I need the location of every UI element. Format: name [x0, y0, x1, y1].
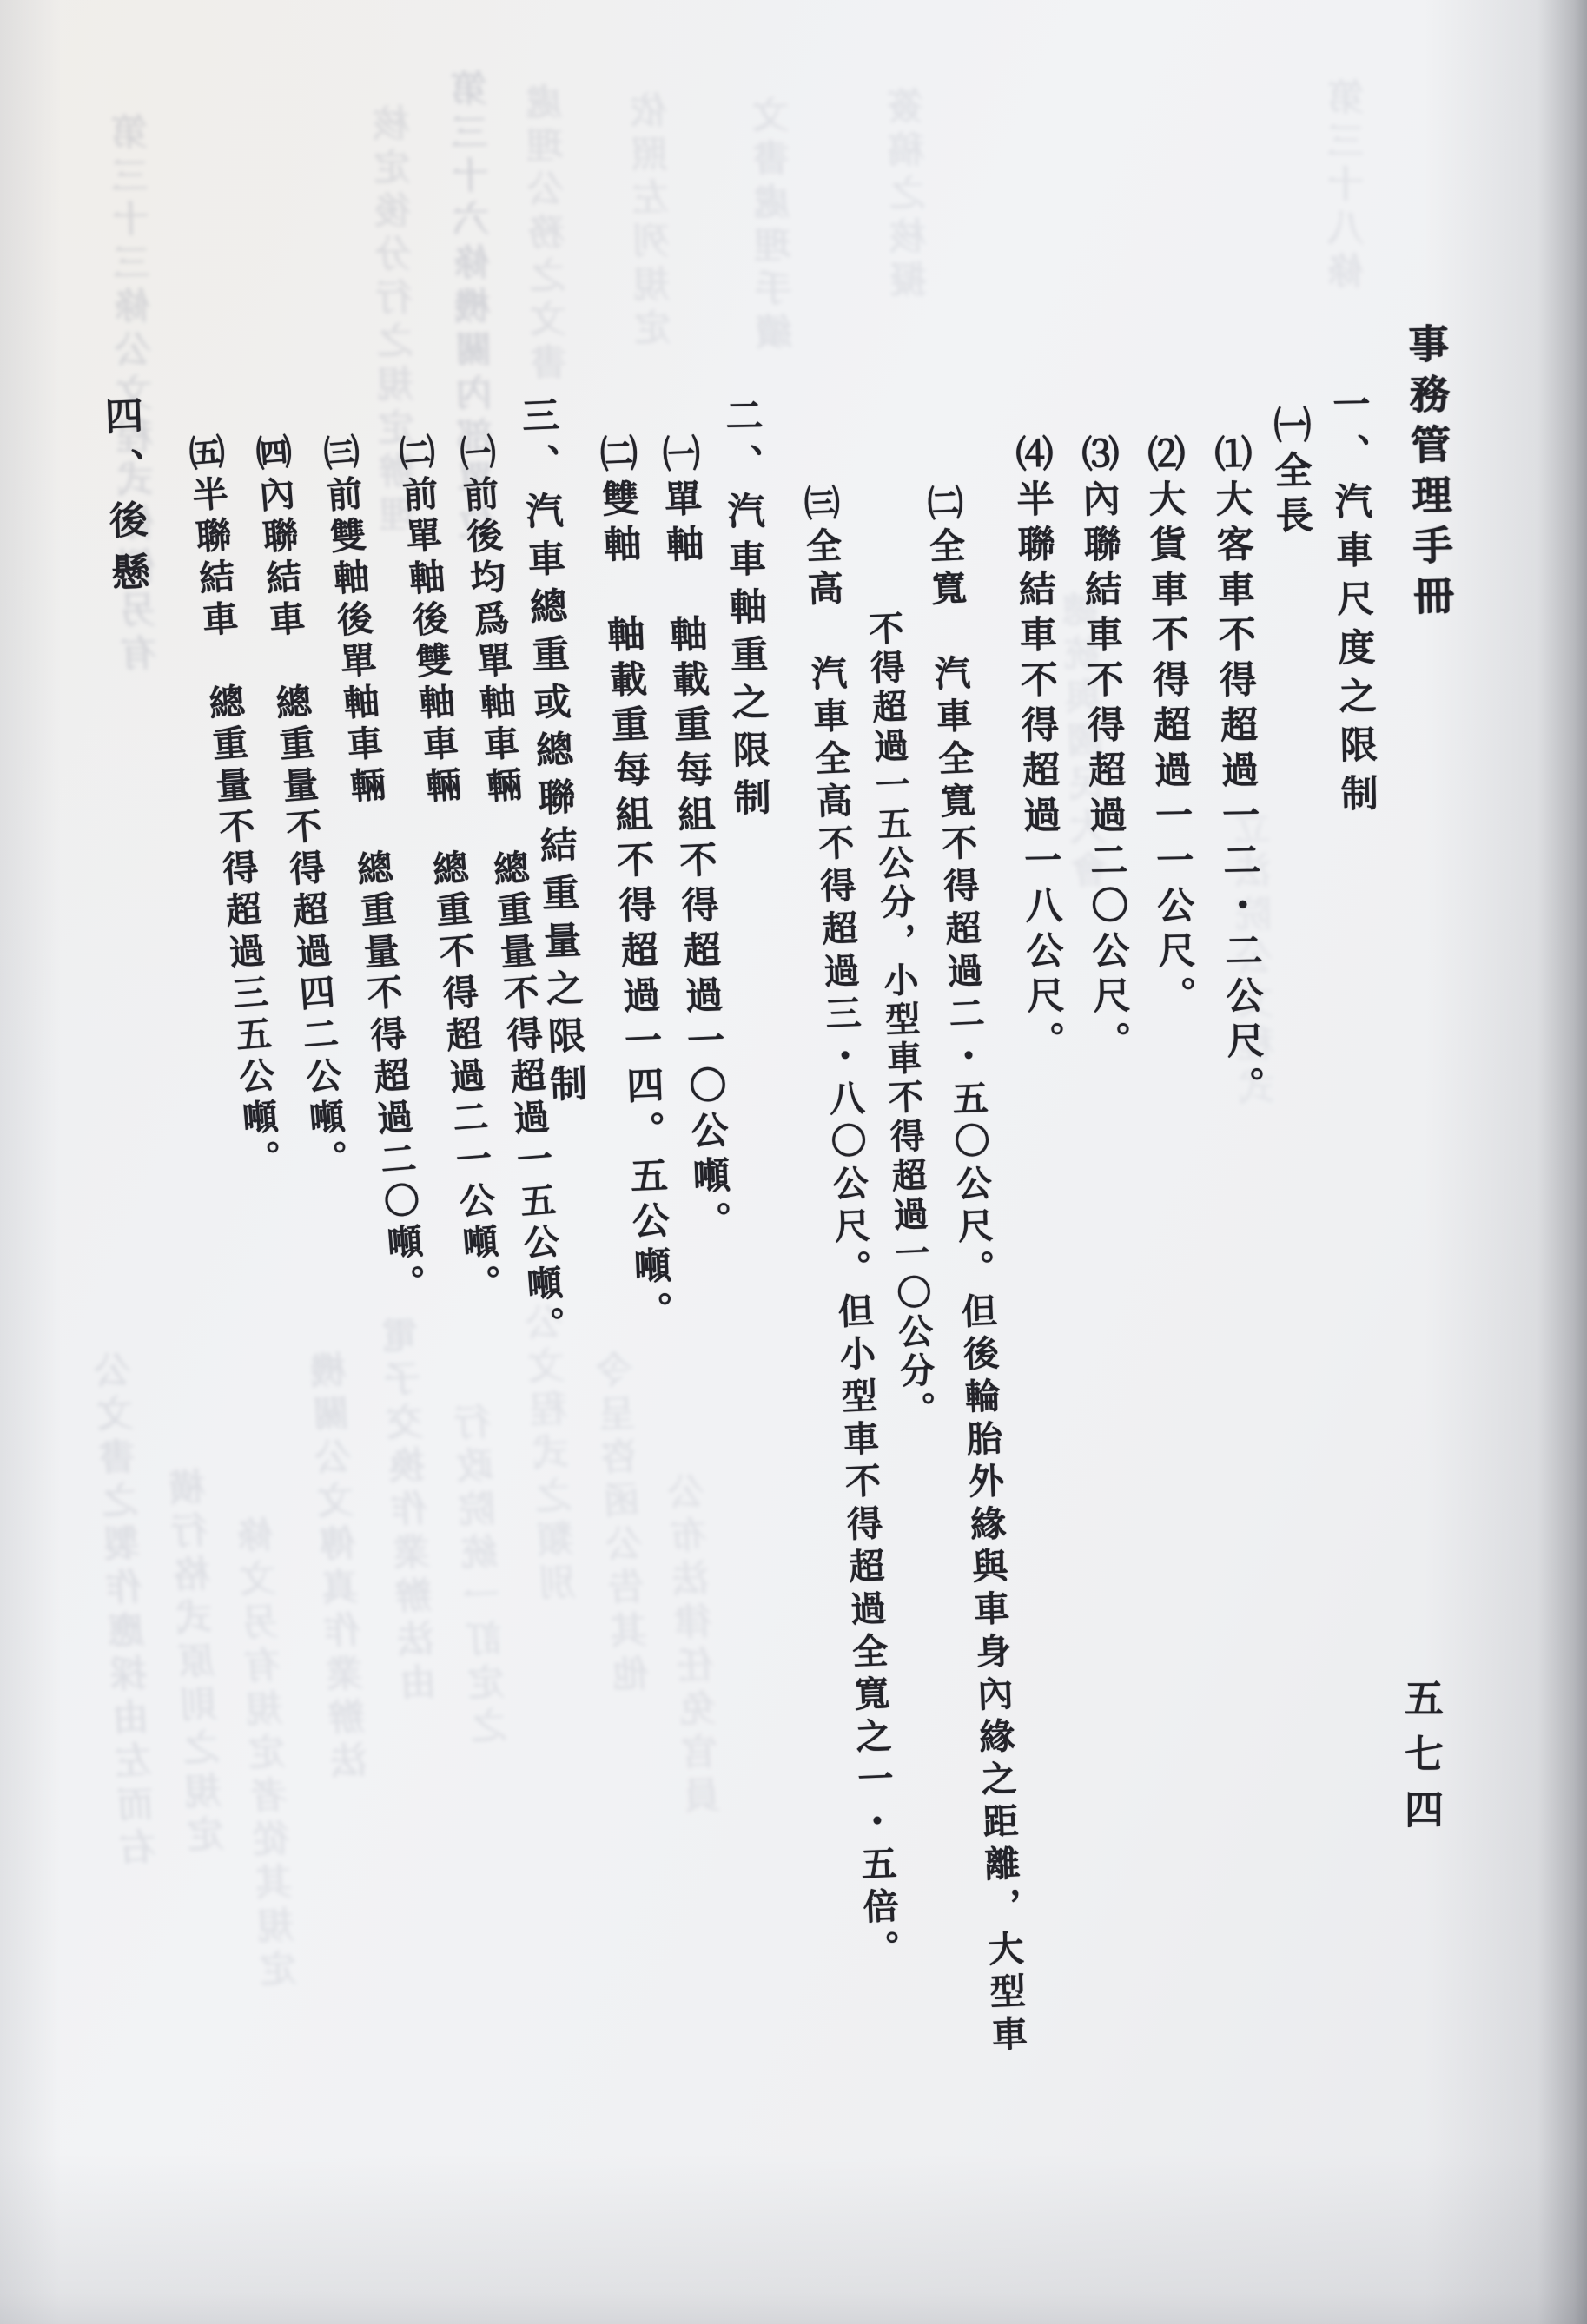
- section-4-heading: 四、後懸: [91, 395, 155, 605]
- bleedthrough-column: 第三十八條: [1323, 78, 1375, 295]
- bleedthrough-column: 依照左列規定: [625, 90, 682, 352]
- clause-1-1-item-3: ⑶內聯結車不得超過二〇公尺。: [1070, 433, 1136, 1066]
- section-2-heading: 二、汽車軸重之限制: [714, 395, 776, 826]
- bleedthrough-column: 公文書之製作應採由左而右: [89, 1350, 168, 1872]
- bleedthrough-column: 機關公文傳真作業辦法: [305, 1350, 380, 1786]
- clause-1-1-item-1: ⑴大客車不得超過一二・二公尺。: [1203, 433, 1270, 1112]
- bleedthrough-column: 橫行格式原則之規定: [163, 1467, 235, 1860]
- clause-1-1-item-4: ⑷半聯結車不得超過一八公尺。: [1004, 433, 1070, 1066]
- bleedthrough-column: 處理公務之文書: [521, 83, 579, 387]
- book-title: 事務管理手冊: [1396, 322, 1459, 625]
- bleedthrough-column: 文書處理手續: [747, 95, 803, 356]
- bleedthrough-column: 條文另有規定者從其規定: [232, 1515, 309, 1994]
- bleedthrough-column: 公布法律任免官員: [663, 1471, 733, 1821]
- bleedthrough-column: 令呈咨函公告其他: [592, 1350, 662, 1700]
- page-number: 五七四: [1392, 1678, 1449, 1845]
- clause-1-1-item-2: ⑵大貨車不得超過一一公尺。: [1136, 433, 1201, 1021]
- scanned-page: 第三十三條公文程式條例另有核定後分行之規定辦理第三十六條機關內部單位處理公務之文…: [0, 0, 1587, 2324]
- clause-1-1-title: ㈠全長: [1262, 405, 1318, 541]
- bleedthrough-column: 行政院統一訂定之: [449, 1402, 519, 1752]
- bleedthrough-column: 簽稿之核擬: [883, 86, 938, 304]
- bleedthrough-column: 電子交換作業辦法由: [376, 1315, 448, 1708]
- section-1-heading: 一、汽車尺度之限制: [1321, 384, 1384, 822]
